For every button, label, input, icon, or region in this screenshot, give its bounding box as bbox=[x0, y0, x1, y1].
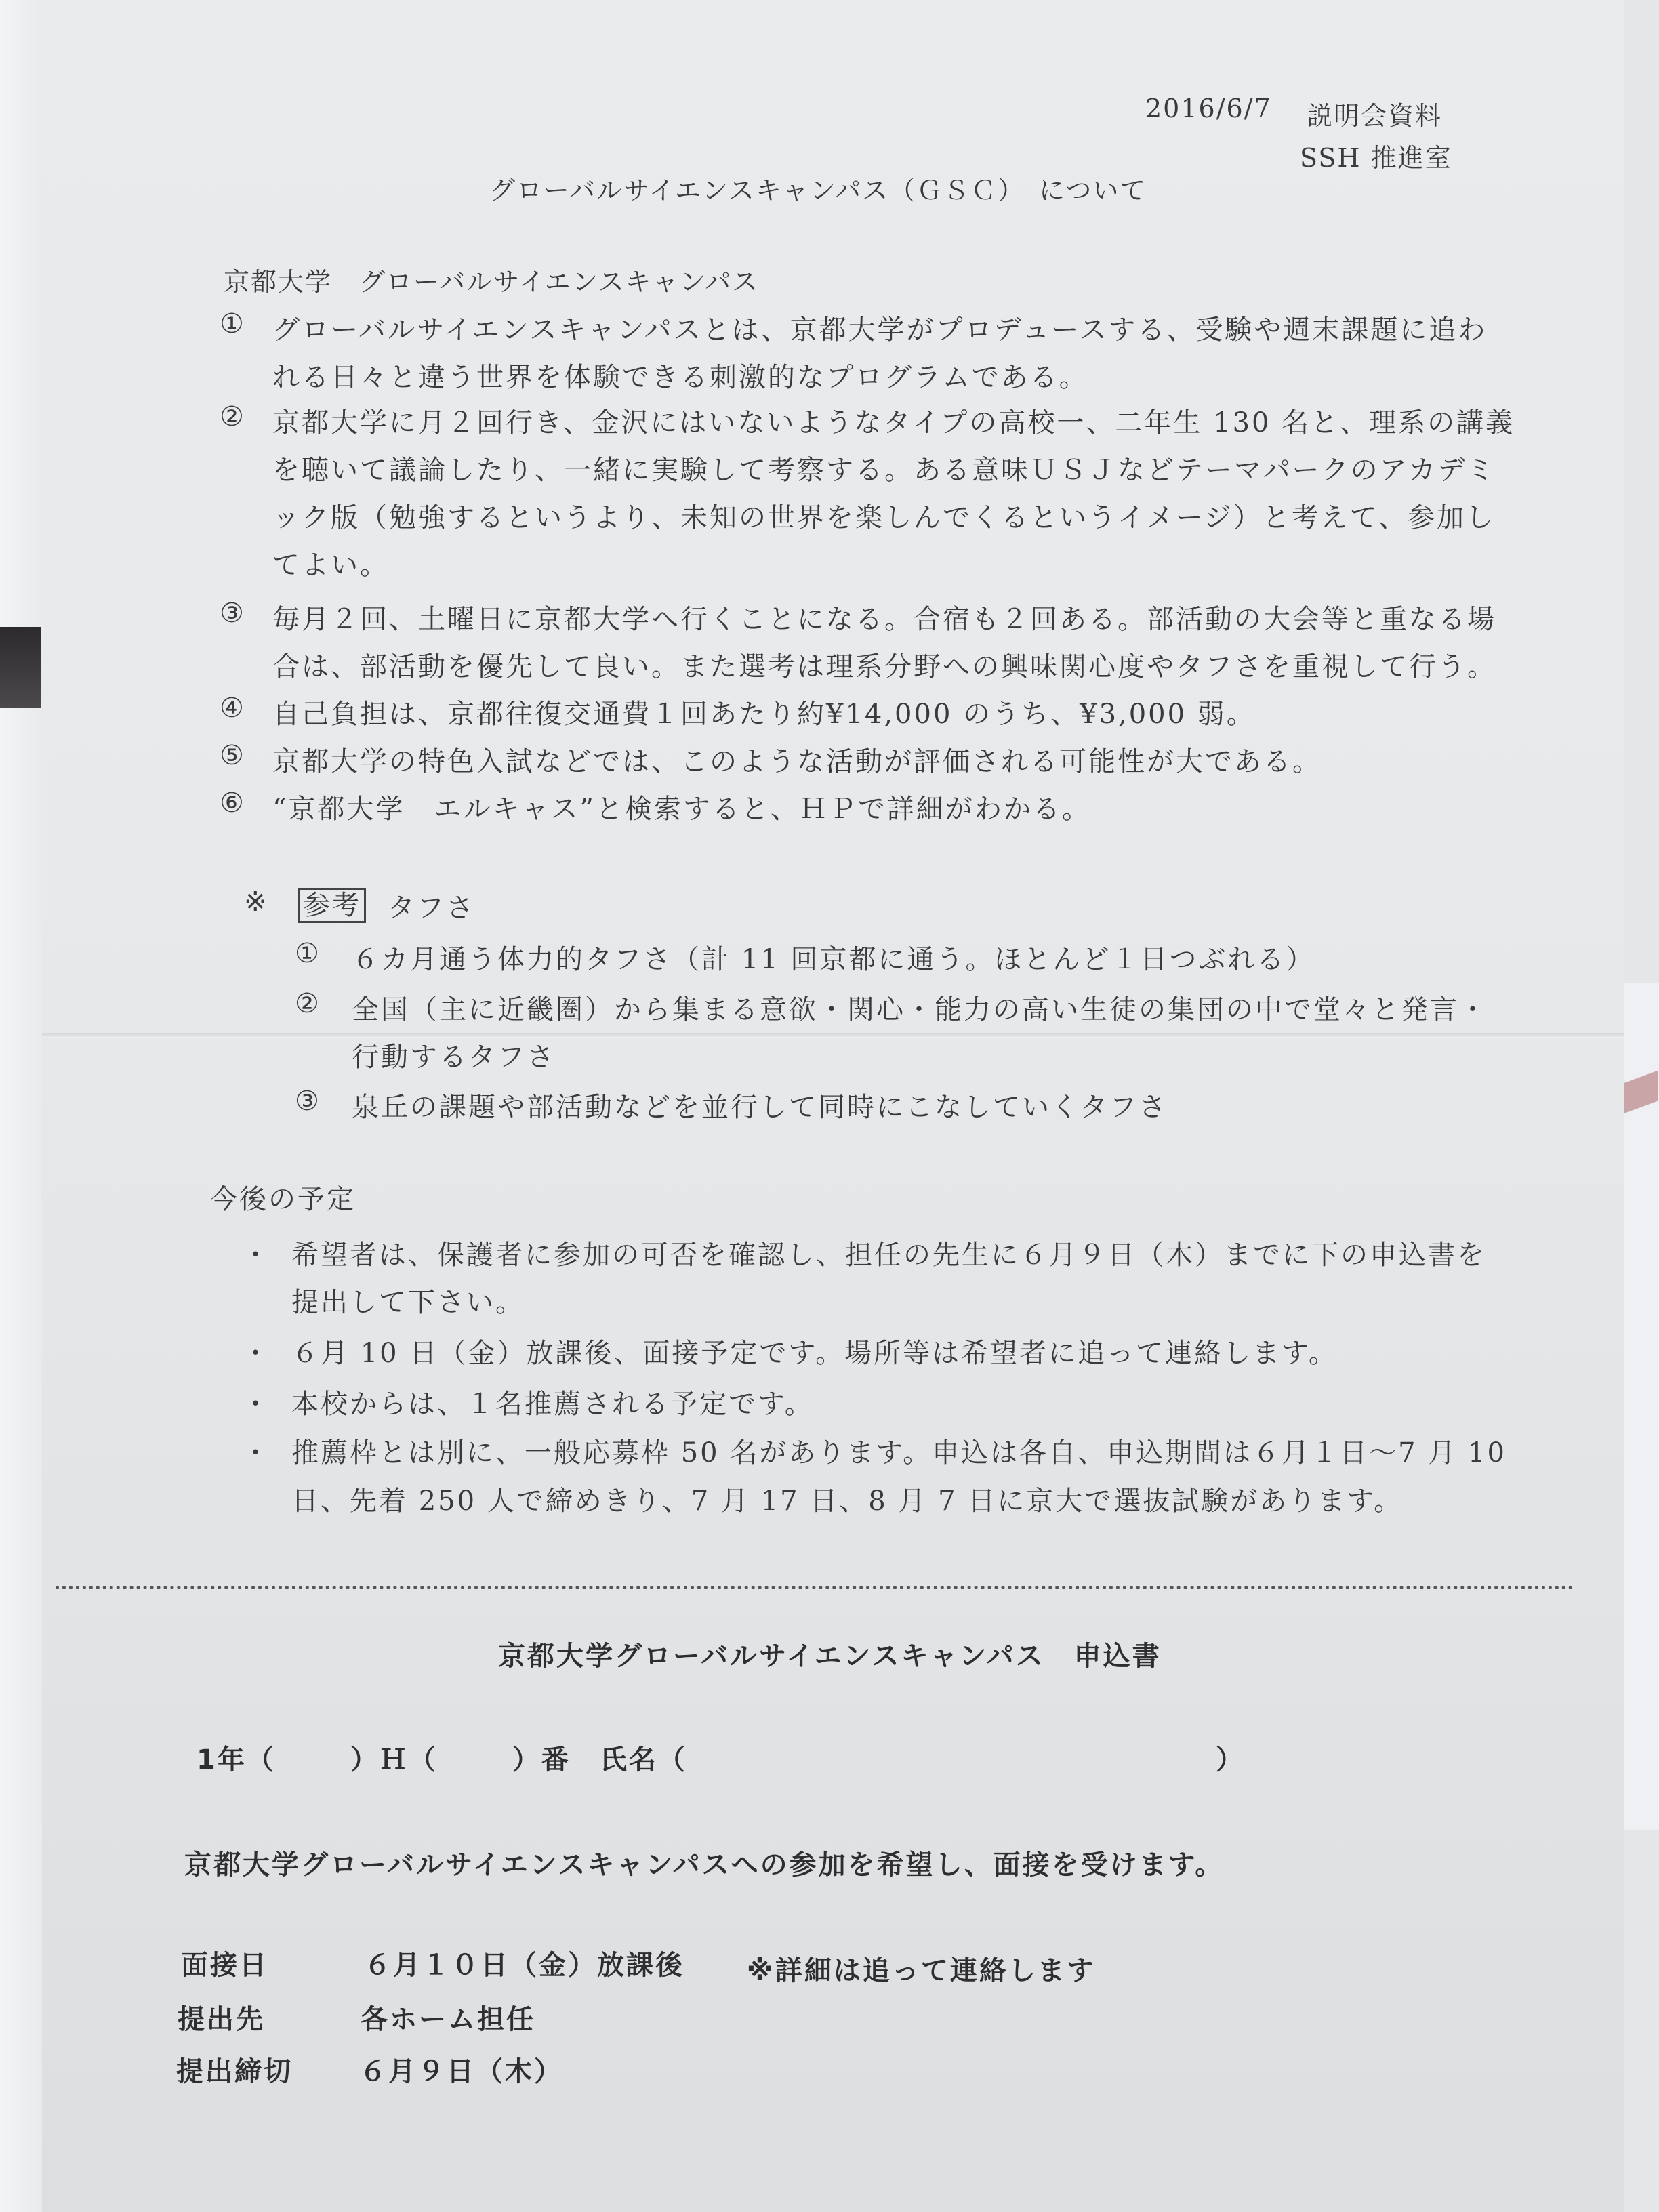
item-marker: ④ bbox=[220, 693, 246, 724]
name-close: ） bbox=[1216, 1744, 1245, 1776]
doc-date: 2016/6/7 bbox=[1145, 94, 1272, 123]
underlying-sheet bbox=[1618, 983, 1659, 1830]
reference-label-box: 参考 bbox=[298, 888, 366, 923]
item-line: 推薦枠とは別に、一般応募枠 50 名があります。申込は各自、申込期間は６月１日～… bbox=[291, 1431, 1507, 1470]
item-line: を聴いて議論したり、一緒に実験して考察する。ある意味ＵＳＪなどテーマパークのアカ… bbox=[272, 449, 1496, 487]
item-line: 行動するタフさ bbox=[352, 1036, 556, 1074]
doc-type: 説明会資料 bbox=[1307, 95, 1442, 132]
row-label: 提出締切 bbox=[176, 2050, 293, 2089]
desk-background bbox=[0, 0, 42, 2212]
row-label: 提出先 bbox=[178, 1998, 265, 2036]
form-title: 京都大学グローバルサイエンスキャンパス 申込書 bbox=[498, 1635, 1162, 1673]
item-line: グローバルサイエンスキャンパスとは、京都大学がプロデュースする、受験や週末課題に… bbox=[272, 308, 1487, 347]
item-line: 提出して下さい。 bbox=[291, 1281, 525, 1319]
item-line: ック版（勉強するというより、未知の世界を楽しんでくるというイメージ）と考えて、参… bbox=[272, 496, 1495, 535]
item-marker: ② bbox=[220, 401, 246, 432]
item-line: 毎月２回、土曜日に京都大学へ行くことになる。合宿も２回ある。部活動の大会等と重な… bbox=[272, 598, 1496, 636]
reference-title: タフさ bbox=[388, 886, 475, 925]
item-line: 本校からは、１名推薦される予定です。 bbox=[291, 1382, 814, 1421]
bullet: ・ bbox=[242, 1431, 271, 1470]
item-line: 希望者は、保護者に参加の可否を確認し、担任の先生に６月９日（木）までに下の申込書… bbox=[291, 1233, 1486, 1272]
row-label: 面接日 bbox=[181, 1944, 268, 1982]
row-value: ６月９日（木） bbox=[359, 2050, 563, 2089]
intro-heading: 京都大学 グローバルサイエンスキャンパス bbox=[224, 261, 759, 298]
item-line: 全国（主に近畿圏）から集まる意欲・関心・能力の高い生徒の集団の中で堂々と発言・ bbox=[352, 988, 1488, 1027]
item-line: 合は、部活動を優先して良い。また選考は理系分野への興味関心度やタフさを重視して行… bbox=[272, 645, 1496, 684]
item-line: 泉丘の課題や部活動などを並行して同時にこなしていくタフさ bbox=[352, 1086, 1168, 1124]
item-line: ６月 10 日（金）放課後、面接予定です。場所等は希望者に追って連絡します。 bbox=[291, 1332, 1338, 1370]
item-marker: ⑤ bbox=[220, 740, 246, 771]
department: SSH 推進室 bbox=[1300, 137, 1452, 174]
schedule-heading: 今後の予定 bbox=[210, 1178, 356, 1216]
row-note: ※詳細は追って連絡します bbox=[747, 1949, 1096, 1988]
item-marker: ⑥ bbox=[220, 787, 246, 819]
class-label: ）Ｈ（ bbox=[350, 1744, 438, 1776]
item-line: ６カ月通う体力的タフさ（計 11 回京都に通う。ほとんど１日つぶれる） bbox=[352, 938, 1315, 977]
item-marker: ① bbox=[295, 938, 321, 969]
item-marker: ② bbox=[295, 988, 321, 1019]
grade-field: 1年（）Ｈ（）番 氏名（） bbox=[197, 1738, 1245, 1777]
item-marker: ① bbox=[220, 308, 246, 340]
paper-fold bbox=[42, 1033, 1624, 1038]
declaration: 京都大学グローバルサイエンスキャンパスへの参加を希望し、面接を受けます。 bbox=[184, 1843, 1224, 1882]
grade-label: 1年（ bbox=[197, 1744, 276, 1776]
document-page: 2016/6/7 説明会資料 SSH 推進室 グローバルサイエンスキャンパス（Ｇ… bbox=[42, 0, 1624, 2212]
reference-mark: ※ bbox=[244, 886, 269, 918]
item-line: 自己負担は、京都往復交通費１回あたり約¥14,000 のうち、¥3,000 弱。 bbox=[272, 693, 1256, 731]
item-line: てよい。 bbox=[272, 544, 389, 582]
item-line: 京都大学に月２回行き、金沢にはいないようなタイプの高校一、二年生 130 名と、… bbox=[272, 401, 1515, 440]
page-title: グローバルサイエンスキャンパス（ＧＳＣ） について bbox=[489, 169, 1147, 207]
item-marker: ③ bbox=[220, 598, 246, 629]
item-line: 日、先着 250 人で締めきり、7 月 17 日、8 月 7 日に京大で選抜試験… bbox=[291, 1479, 1403, 1518]
drawing-fragment bbox=[1620, 1071, 1658, 1115]
bullet: ・ bbox=[242, 1332, 271, 1370]
item-line: 京都大学の特色入試などでは、このような活動が評価される可能性が大である。 bbox=[272, 740, 1322, 779]
item-line: “京都大学 エルキャス”と検索すると、ＨＰで詳細がわかる。 bbox=[272, 787, 1091, 826]
row-value: 各ホーム担任 bbox=[361, 1998, 535, 2036]
cut-line bbox=[56, 1586, 1574, 1589]
item-line: れる日々と違う世界を体験できる刺激的なプログラムである。 bbox=[272, 356, 1088, 394]
item-marker: ③ bbox=[295, 1086, 321, 1117]
name-label: ）番 氏名（ bbox=[512, 1744, 687, 1776]
desk-shadow bbox=[0, 627, 41, 708]
row-value: ６月１０日（金）放課後 bbox=[364, 1944, 684, 1982]
bullet: ・ bbox=[242, 1382, 271, 1421]
bullet: ・ bbox=[242, 1233, 271, 1272]
